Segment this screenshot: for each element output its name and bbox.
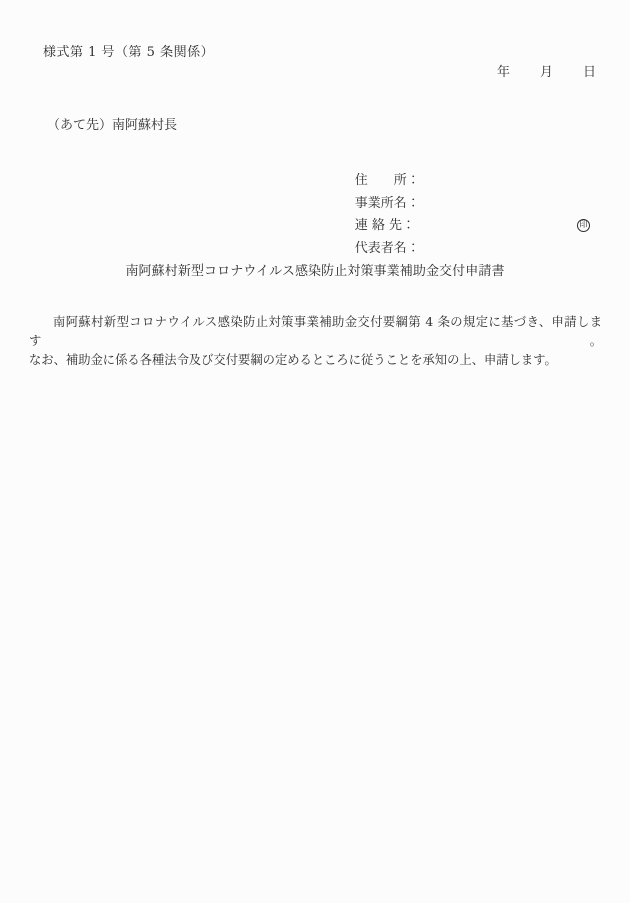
date-month-label: 月 <box>540 65 553 81</box>
field-representative-label: 代表者名： <box>355 241 420 256</box>
applicant-fields: 住 所： 事業所名： 連 絡 先： 代表者名： 印 <box>330 148 590 238</box>
field-representative: 代表者名： 印 <box>330 215 590 237</box>
seal-mark-icon: 印 <box>577 219 590 232</box>
date-day-label: 日 <box>583 65 596 81</box>
field-address: 住 所： <box>330 148 590 170</box>
date-line: 年 月 日 <box>497 65 596 81</box>
field-business-name: 事業所名： <box>330 170 590 192</box>
body-line-2: なお、補助金に係る各種法令及び交付要綱の定めるところに従うことを承知の上、申請し… <box>29 351 602 370</box>
document-title: 南阿蘇村新型コロナウイルス感染防止対策事業補助金交付申請書 <box>0 263 630 280</box>
document-page: 様式第 1 号（第 5 条関係） 年 月 日 （あて先）南阿蘇村長 住 所： 事… <box>0 0 630 903</box>
addressee: （あて先）南阿蘇村長 <box>47 117 177 134</box>
form-number: 様式第 1 号（第 5 条関係） <box>43 45 214 61</box>
date-year-label: 年 <box>497 65 510 81</box>
body-paragraph: 南阿蘇村新型コロナウイルス感染防止対策事業補助金交付要綱第 4 条の規定に基づき… <box>29 313 602 371</box>
body-line-1: 南阿蘇村新型コロナウイルス感染防止対策事業補助金交付要綱第 4 条の規定に基づき… <box>29 313 602 351</box>
field-contact: 連 絡 先： <box>330 193 590 215</box>
